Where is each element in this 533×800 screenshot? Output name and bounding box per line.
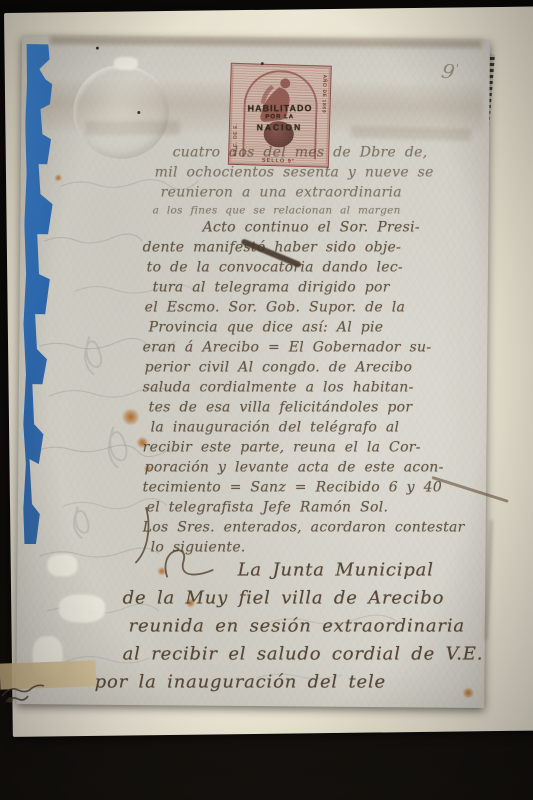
- manuscript-line: el Escmo. Sor. Gob. Supor. de la: [145, 300, 484, 320]
- manuscript-line: la inauguración del telégrafo al: [151, 420, 484, 440]
- manuscript-line: saluda cordialmente a los habitan-: [143, 380, 484, 400]
- manuscript-line: al recibir el saludo cordial de V.E.: [123, 644, 484, 672]
- manuscript-interline: a los fines que se relacionan al margen: [153, 205, 484, 220]
- ink-speck: [96, 47, 99, 50]
- ink-speck: [261, 62, 264, 65]
- stamp-overprint-line1: HABILITADO: [231, 103, 330, 114]
- paper-chip: [59, 594, 105, 622]
- manuscript-line: poración y levante acta de este acon-: [145, 460, 484, 480]
- manuscript-page: 50 C. DE E. AÑO DE 1869 HABILITADO POR L…: [16, 36, 490, 708]
- handwritten-text-block: cuatro dos del mes de Dbre de, mil ochoc…: [143, 145, 484, 700]
- manuscript-line: perior civil Al congdo. de Arecibo: [145, 360, 484, 380]
- stamp-overprint-line2: POR LA: [230, 114, 329, 121]
- manuscript-line: de la Muy fiel villa de Arecibo: [123, 588, 484, 616]
- stamp-overprint-line3: NACION: [230, 122, 329, 133]
- manuscript-line: Los Sres. enterados, acordaron contestar: [143, 520, 484, 540]
- manuscript-line: por la inauguración del tele: [95, 672, 484, 700]
- manuscript-line: el telegrafista Jefe Ramón Sol.: [147, 500, 484, 520]
- manuscript-line: mil ochocientos sesenta y nueve se: [155, 165, 484, 185]
- photo-background: 50 C. DE E. AÑO DE 1869 HABILITADO POR L…: [0, 0, 533, 800]
- paper-chip: [47, 554, 77, 576]
- manuscript-line: reunieron a una extraordinaria: [161, 185, 484, 205]
- manuscript-line: tecimiento = Sanz = Recibido 6 y 40: [143, 480, 484, 500]
- manuscript-line: Provincia que dice así: Al pie: [149, 320, 484, 340]
- manuscript-line: to de la convocatoria dando lec-: [147, 260, 484, 280]
- manuscript-line: eran á Arecibo = El Gobernador su-: [143, 340, 484, 360]
- folio-number: 9': [440, 58, 460, 85]
- manuscript-line: dente manifestó haber sido obje-: [143, 240, 484, 260]
- foxing-stain: [55, 174, 62, 181]
- manuscript-line: lo siguiente.: [151, 540, 484, 560]
- manuscript-line: recibir este parte, reuna el la Cor-: [143, 440, 484, 460]
- ink-scribble: [0, 666, 56, 710]
- foxing-stain: [122, 409, 140, 425]
- manuscript-line: tes de esa villa felicitándoles por: [149, 400, 484, 420]
- paper-chip: [114, 57, 138, 70]
- manuscript-line: La Junta Municipal: [238, 560, 484, 588]
- manuscript-line: tura al telegrama dirigido por: [153, 280, 484, 300]
- manuscript-line: Acto continuo el Sor. Presi-: [203, 220, 484, 240]
- ink-speck: [137, 111, 140, 114]
- manuscript-line: cuatro dos del mes de Dbre de,: [173, 145, 484, 165]
- manuscript-line: reunida en sesión extraordinaria: [129, 616, 484, 644]
- stain-smudge: [351, 126, 471, 141]
